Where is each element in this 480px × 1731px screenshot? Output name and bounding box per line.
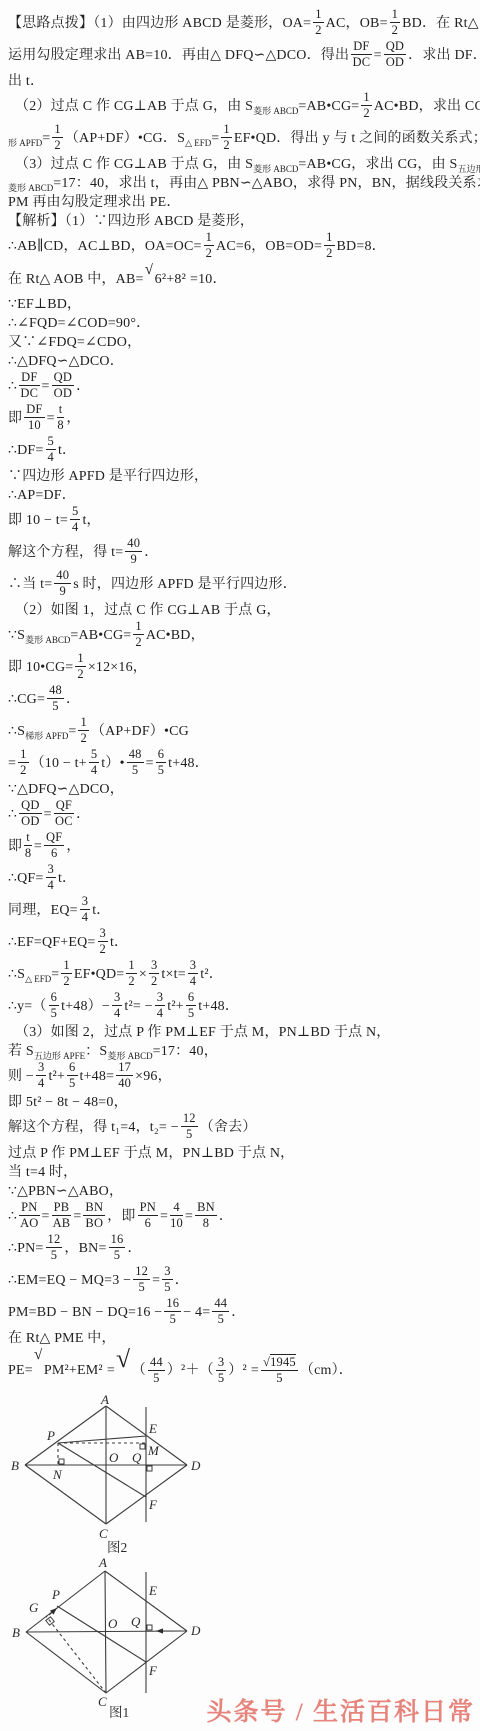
- math-text: ∵△DFQ∽△DCO，: [8, 782, 124, 797]
- subscript: 五边形 APFE: [34, 1051, 85, 1061]
- math-text: ∴∠FQD=∠COD=90°．: [8, 316, 150, 331]
- math-line-13: ∴∠FQD=∠COD=90°．: [8, 314, 480, 333]
- fraction: 54: [70, 505, 80, 534]
- math-line-39: 若 S五边形 APFE：S菱形 ABCD=17：40，: [8, 1042, 480, 1061]
- fraction: 12: [313, 8, 323, 37]
- math-text: =17：40，: [153, 1044, 218, 1059]
- math-text: ∴DF=: [8, 443, 44, 458]
- math-line-6: （3）过点 C 作 CG⊥AB 于点 G，由 S菱形 ABCD=AB•CG，求出…: [8, 155, 480, 174]
- math-text: t²= −: [124, 999, 152, 1014]
- math-text: AC=6，OB=OD=: [216, 239, 322, 254]
- figure-line: [25, 1406, 106, 1465]
- math-text: =: [42, 379, 50, 394]
- math-line-30: ∵△DFQ∽△DCO，: [8, 780, 480, 799]
- math-text: 当 t=4 时，: [8, 1165, 77, 1180]
- subscript: 菱形 ABCD: [253, 106, 298, 116]
- math-text: ．: [76, 807, 90, 822]
- math-text: t²．: [200, 967, 223, 982]
- fraction: 34: [112, 991, 122, 1020]
- math-line-48: ∴EM=EQ − MQ=3 −125=35．: [8, 1265, 480, 1297]
- math-line-25: ∵S菱形 ABCD=AB•CG=12AC•BD，: [8, 620, 480, 652]
- fraction: 409: [54, 569, 71, 598]
- math-line-20: ∴AP=DF．: [8, 486, 480, 505]
- math-text: 出 t．: [8, 74, 44, 89]
- fraction: QDOD: [384, 40, 406, 69]
- fraction: 65: [156, 748, 166, 777]
- math-text: 即: [8, 839, 22, 854]
- math-text: PM²+EM²: [44, 1349, 103, 1392]
- math-text: =: [8, 756, 16, 771]
- fraction: PNAO: [19, 1201, 39, 1230]
- math-text: 解这个方程，得 t=: [8, 545, 123, 560]
- fraction: 165: [164, 1297, 181, 1326]
- math-text: ．: [127, 1241, 141, 1256]
- right-angle-marker: [147, 1625, 152, 1630]
- math-line-9: 【解析】（1）∵四边形 ABCD 是菱形，: [8, 212, 480, 231]
- math-line-24: （2）如图 1，过点 C 作 CG⊥AB 于点 G，: [8, 601, 480, 620]
- math-text: ∴QF=: [8, 871, 44, 886]
- fraction: 165: [109, 1233, 126, 1262]
- math-text: 解这个方程，得 t₁=4，t₂= −: [8, 1120, 179, 1135]
- fraction: 32: [149, 959, 159, 988]
- fraction: t8: [57, 403, 65, 432]
- math-line-50: 在 Rt△ PME 中，: [8, 1329, 480, 1348]
- math-text: 运用勾股定理求出 AB=10．再由△ DFQ∽△DCO．得出: [8, 48, 349, 63]
- math-text: （cm）．: [300, 1363, 353, 1378]
- fraction: 54: [46, 435, 56, 464]
- math-text: ，即: [107, 1209, 135, 1224]
- fraction: DF10: [24, 403, 44, 432]
- math-text: ：S: [85, 1044, 107, 1059]
- point-label-A: A: [98, 1555, 107, 1570]
- math-text: =: [73, 1209, 81, 1224]
- point-label-B: B: [11, 1458, 19, 1473]
- subscript: △ EFD: [185, 138, 211, 148]
- math-text: （AP+DF）•CG．S: [65, 131, 185, 146]
- math-text: =10．: [190, 272, 227, 287]
- math-text: ．: [219, 1209, 233, 1224]
- right-angle-marker: [59, 1459, 64, 1464]
- math-text: =17：40，求出 t，再由△ PBN∽△ABO，求得 PN，BN，据线段关系求…: [53, 176, 480, 191]
- fraction: 409: [125, 537, 142, 566]
- math-text: t+48）−: [61, 999, 110, 1014]
- math-line-23: ∴当 t=409s 时，四边形 APFD 是平行四边形．: [8, 569, 480, 601]
- point-label-O: O: [108, 1616, 118, 1631]
- math-text: ∴PN=: [8, 1241, 44, 1256]
- geometry-figure-图2: APEMOQBNDFC图2: [10, 1392, 240, 1554]
- math-text: ，: [66, 411, 80, 426]
- math-text: （2）过点 C 作 CG⊥AB 于点 G，由 S: [15, 99, 253, 114]
- math-text: 若 S: [8, 1044, 34, 1059]
- math-text: AC•BD，求出 CG．据 S: [374, 99, 480, 114]
- fraction: 65: [67, 1061, 77, 1090]
- fraction: 485: [127, 748, 144, 777]
- math-line-29: =12（10 − t+54t）•485=65t+48．: [8, 748, 480, 780]
- math-text: PM 再由勾股定理求出 PE．: [8, 195, 181, 210]
- fraction: 410: [170, 1201, 183, 1230]
- math-text: t×t=: [161, 967, 185, 982]
- math-text: （10 − t+: [31, 756, 87, 771]
- math-text: t）•: [101, 756, 124, 771]
- fraction: 34: [36, 1061, 46, 1090]
- fraction: 12: [126, 959, 136, 988]
- math-text: 则 −: [8, 1069, 34, 1084]
- point-label-E: E: [148, 1583, 157, 1598]
- math-text: AC，OB=: [326, 16, 388, 31]
- fraction: 12: [390, 8, 400, 37]
- math-line-42: 解这个方程，得 t₁=4，t₂= −125（舍去）: [8, 1112, 480, 1144]
- math-line-45: ∵△PBN∽△ABO，: [8, 1182, 480, 1201]
- math-text: t+48．: [168, 756, 209, 771]
- math-text: ∴AP=DF．: [8, 488, 76, 503]
- math-line-3: 出 t．: [8, 72, 480, 91]
- fraction: 35: [216, 1356, 226, 1385]
- math-text: ，: [66, 839, 80, 854]
- math-line-43: 过点 P 作 PM⊥EF 于点 M，PN⊥BD 于点 N，: [8, 1144, 480, 1163]
- math-line-28: ∴S梯形 APFD=12（AP+DF）•CG: [8, 716, 480, 748]
- point-label-P: P: [51, 1587, 60, 1602]
- math-text: ．: [76, 379, 90, 394]
- point-label-M: M: [147, 1443, 160, 1458]
- math-text: − 4=: [183, 1305, 210, 1320]
- math-text: t．: [58, 871, 76, 886]
- math-text: =: [34, 839, 42, 854]
- math-text: ．: [231, 1305, 245, 1320]
- math-text: （3）如图 2，过点 P 作 PM⊥EF 于点 M，PN⊥BD 于点 N，: [15, 1025, 390, 1040]
- square-root: √6²+8²: [145, 263, 189, 295]
- math-text: ∴: [8, 1209, 17, 1224]
- subscript: 五边形 APFE: [458, 164, 480, 174]
- figure-line: [25, 1465, 106, 1524]
- math-text: =: [374, 48, 382, 63]
- math-text: s 时，四边形 APFD 是平行四边形．: [73, 577, 297, 592]
- math-text: t+48．: [198, 999, 239, 1014]
- fraction: 34: [188, 959, 198, 988]
- math-text: =: [68, 724, 76, 739]
- math-text: ∴S: [8, 967, 25, 982]
- square-root: √（445）²＋（35）²: [116, 1348, 250, 1392]
- math-text: =: [42, 131, 50, 146]
- fraction: 12: [204, 231, 214, 260]
- fraction: 12: [324, 231, 334, 260]
- math-text: ）²: [228, 1349, 247, 1392]
- fraction: 12: [221, 123, 231, 152]
- math-line-17: 即DF10=t8，: [8, 403, 480, 435]
- math-line-11: 在 Rt△ AOB 中，AB=√6²+8²=10．: [8, 263, 480, 295]
- math-line-22: 解这个方程，得 t=409．: [8, 537, 480, 569]
- arrowhead: [156, 1628, 163, 1633]
- fraction: √19455: [261, 1356, 298, 1385]
- fraction: 12: [361, 91, 371, 120]
- geometry-figure-图1: APGEOQBDFC图1: [10, 1554, 240, 1719]
- math-text: ×96，: [135, 1069, 172, 1084]
- point-label-C: C: [99, 1526, 108, 1541]
- math-text: t²+: [48, 1069, 65, 1084]
- fraction: 32: [98, 927, 108, 956]
- scanned-math-solution-page: 【思路点拨】（1）由四边形 ABCD 是菱形，OA=12AC，OB=12BD．在…: [0, 0, 480, 1731]
- math-line-35: ∴EF=QF+EQ=32t．: [8, 927, 480, 959]
- subscript: 梯形 APFD: [25, 731, 68, 741]
- math-line-19: ∵四边形 APFD 是平行四边形，: [8, 467, 480, 486]
- math-line-4: （2）过点 C 作 CG⊥AB 于点 G，由 S菱形 ABCD=AB•CG=12…: [8, 91, 480, 123]
- math-text: =: [185, 1209, 193, 1224]
- math-line-46: ∴PNAO=PBAB=BNBO，即PN6=410=BN8．: [8, 1201, 480, 1233]
- math-text: 即 5t² − 8t − 48=0，: [8, 1095, 128, 1110]
- math-line-44: 当 t=4 时，: [8, 1163, 480, 1182]
- fraction: 12: [52, 123, 62, 152]
- point-label-G: G: [29, 1600, 39, 1615]
- math-text: ∴y=（: [8, 999, 47, 1014]
- math-text: （舍去）: [200, 1120, 257, 1135]
- subscript: 菱形 ABCD: [107, 1051, 152, 1061]
- math-line-14: 又∵∠FDQ=∠CDO，: [8, 333, 480, 352]
- figure-line: [58, 1436, 146, 1443]
- point-label-A: A: [100, 1392, 109, 1407]
- math-line-15: ∴△DFQ∽△DCO．: [8, 352, 480, 371]
- math-text: ∴AB∥CD，AC⊥BD，OA=OC=: [8, 239, 202, 254]
- math-text: ∵四边形 APFD 是平行四边形，: [8, 469, 208, 484]
- point-label-Q: Q: [132, 1450, 142, 1465]
- fraction: 485: [47, 684, 64, 713]
- math-line-51: PE=√PM²+EM²=√（445）²＋（35）²=√19455（cm）．: [8, 1348, 480, 1392]
- math-text: BD=8．: [337, 239, 386, 254]
- fraction: DFDC: [19, 371, 39, 400]
- math-line-12: ∵EF⊥BD，: [8, 295, 480, 314]
- fraction: 12: [75, 652, 85, 681]
- math-text: AC•BD，: [146, 628, 205, 643]
- fraction: QF6: [44, 831, 64, 860]
- math-line-8: PM 再由勾股定理求出 PE．: [8, 193, 480, 212]
- point-label-F: F: [148, 1663, 158, 1678]
- math-text: ．求出 DF．由 AP=DF．求: [408, 48, 480, 63]
- fraction: 445: [148, 1356, 165, 1385]
- math-text: PE=: [8, 1363, 33, 1378]
- fraction: DFDC: [351, 40, 371, 69]
- math-line-26: 即 10•CG=12×12×16，: [8, 652, 480, 684]
- math-text: ∴CG=: [8, 692, 45, 707]
- math-line-47: ∴PN=125，BN=165．: [8, 1233, 480, 1265]
- point-label-E: E: [148, 1421, 157, 1436]
- point-label-C: C: [98, 1694, 107, 1709]
- math-text: t．: [58, 443, 76, 458]
- math-text: ．: [144, 545, 158, 560]
- math-line-33: ∴QF=34t．: [8, 863, 480, 895]
- fraction: 35: [162, 1265, 172, 1294]
- fraction: BN8: [195, 1201, 217, 1230]
- math-text: =: [51, 967, 59, 982]
- math-text: （: [132, 1349, 146, 1392]
- fraction: 65: [49, 991, 59, 1020]
- fraction: QDOD: [52, 371, 74, 400]
- math-line-40: 则 −34t²+65t+48=1740×96，: [8, 1061, 480, 1093]
- math-text: 即: [8, 411, 22, 426]
- math-line-34: 同理，EQ=34t．: [8, 895, 480, 927]
- subscript: △ EFD: [25, 974, 51, 984]
- fraction: 12: [61, 959, 71, 988]
- math-text: =: [211, 131, 219, 146]
- math-text: ∵S: [8, 628, 25, 643]
- math-text: ）²＋（: [167, 1349, 214, 1392]
- math-text: =: [44, 807, 52, 822]
- math-text: ∴S: [8, 724, 25, 739]
- point-label-D: D: [190, 1623, 201, 1638]
- math-text: t²+: [167, 999, 184, 1014]
- math-text: EF•QD=: [74, 967, 125, 982]
- math-line-16: ∴DFDC=QDOD．: [8, 371, 480, 403]
- fraction: QFOC: [54, 799, 74, 828]
- math-text: t+48=: [80, 1069, 115, 1084]
- math-text: ∴EM=EQ − MQ=3 −: [8, 1273, 131, 1288]
- math-text: ∴: [8, 807, 17, 822]
- math-text: 同理，EQ=: [8, 903, 78, 918]
- point-label-F: F: [148, 1497, 158, 1512]
- math-text: =: [146, 756, 154, 771]
- math-text: 在 Rt△ AOB 中，AB=: [8, 272, 144, 287]
- math-text: ，BN=: [64, 1241, 106, 1256]
- math-line-37: ∴y=（65t+48）−34t²= −34t²+65t+48．: [8, 991, 480, 1023]
- math-line-21: 即 10 − t=54t，: [8, 505, 480, 537]
- math-text: ．: [175, 1273, 189, 1288]
- math-line-49: PM=BD − BN − DQ=16 −165− 4=445．: [8, 1297, 480, 1329]
- math-text: =AB•CG=: [70, 628, 131, 643]
- document-body: 【思路点拨】（1）由四边形 ABCD 是菱形，OA=12AC，OB=12BD．在…: [0, 0, 480, 1392]
- math-text: 【解析】（1）∵四边形 ABCD 是菱形，: [8, 214, 254, 229]
- math-text: （AP+DF）•CG: [91, 724, 189, 739]
- right-angle-marker: [140, 1444, 145, 1449]
- point-label-Q: Q: [131, 1614, 141, 1629]
- math-text: t，: [82, 513, 100, 528]
- point-label-D: D: [190, 1458, 201, 1473]
- math-line-27: ∴CG=485．: [8, 684, 480, 716]
- math-text: 又∵∠FDQ=∠CDO，: [8, 335, 141, 350]
- fraction: BNBO: [83, 1201, 105, 1230]
- point-label-O: O: [109, 1450, 119, 1465]
- math-text: =: [47, 411, 55, 426]
- math-text: ×12×16，: [88, 660, 147, 675]
- math-text: BD．在 Rt△ AOB 中，: [402, 16, 480, 31]
- math-text: ×: [139, 967, 147, 982]
- math-text: PM=BD − BN − DQ=16 −: [8, 1305, 162, 1320]
- math-text: t．: [110, 935, 128, 950]
- math-text: 即 10•CG=: [8, 660, 73, 675]
- fraction: 125: [46, 1233, 63, 1262]
- point-label-P: P: [46, 1428, 55, 1443]
- math-text: ∵△PBN∽△ABO，: [8, 1184, 123, 1199]
- watermark: 头条号 / 生活百科日常: [207, 1692, 475, 1728]
- point-label-N: N: [52, 1467, 63, 1482]
- fraction: 125: [181, 1112, 198, 1141]
- math-text: （3）过点 C 作 CG⊥AB 于点 G，由 S: [15, 157, 253, 172]
- fraction: 12: [78, 716, 88, 745]
- fraction: 12: [18, 748, 28, 777]
- math-text: ．: [66, 692, 80, 707]
- right-angle-marker: [147, 1466, 152, 1471]
- fraction: 54: [89, 748, 99, 777]
- math-text: ∴△DFQ∽△DCO．: [8, 354, 124, 369]
- subscript: 菱形 ABCD: [8, 183, 53, 193]
- figure-caption: 图1: [109, 1705, 129, 1719]
- math-text: ∴EF=QF+EQ=: [8, 935, 96, 950]
- fraction: 125: [133, 1265, 150, 1294]
- math-text: 即 10 − t=: [8, 513, 68, 528]
- subscript: 形 APFD: [8, 138, 42, 148]
- math-text: EF•QD．得出 y 与 t 之间的函数关系式；: [234, 131, 480, 146]
- math-line-32: 即t8=QF6，: [8, 831, 480, 863]
- figures-area: APEMOQBNDFC图2APGEOQBDFC图1: [0, 1392, 480, 1719]
- fraction: PBAB: [52, 1201, 72, 1230]
- fraction: 34: [46, 863, 56, 892]
- math-text: ∴当 t=: [8, 577, 52, 592]
- fraction: 34: [80, 895, 90, 924]
- figure-caption: 图2: [107, 1540, 127, 1554]
- math-text: =AB•CG，求出 CG，由 S: [298, 157, 457, 172]
- fraction: t8: [24, 831, 32, 860]
- fraction: 445: [212, 1297, 229, 1326]
- math-text: t．: [92, 903, 110, 918]
- math-text: 在 Rt△ PME 中，: [8, 1331, 116, 1346]
- math-text: =AB•CG=: [298, 99, 359, 114]
- math-line-18: ∴DF=54t．: [8, 435, 480, 467]
- math-text: =: [251, 1363, 259, 1378]
- square-root: √PM²+EM²: [34, 1348, 106, 1392]
- math-line-1: 【思路点拨】（1）由四边形 ABCD 是菱形，OA=12AC，OB=12BD．在…: [8, 8, 480, 40]
- math-text: ∴: [8, 379, 17, 394]
- fraction: 34: [155, 991, 165, 1020]
- math-text: =: [107, 1363, 115, 1378]
- math-text: 【思路点拨】（1）由四边形 ABCD 是菱形，OA=: [8, 16, 311, 31]
- fraction: 65: [186, 991, 196, 1020]
- math-line-10: ∴AB∥CD，AC⊥BD，OA=OC=12AC=6，OB=OD=12BD=8．: [8, 231, 480, 263]
- math-line-38: （3）如图 2，过点 P 作 PM⊥EF 于点 M，PN⊥BD 于点 N，: [8, 1023, 480, 1042]
- math-line-31: ∴QDOD=QFOC．: [8, 799, 480, 831]
- fraction: QDOD: [19, 799, 41, 828]
- math-text: 过点 P 作 PM⊥EF 于点 M，PN⊥BD 于点 N，: [8, 1146, 294, 1161]
- math-line-7: 菱形 ABCD=17：40，求出 t，再由△ PBN∽△ABO，求得 PN，BN…: [8, 174, 480, 193]
- math-line-2: 运用勾股定理求出 AB=10．再由△ DFQ∽△DCO．得出DFDC=QDOD．…: [8, 40, 480, 72]
- math-text: 6²+8²: [155, 264, 186, 295]
- fraction: PN6: [138, 1201, 158, 1230]
- point-label-B: B: [12, 1625, 20, 1640]
- fraction: 12: [133, 620, 143, 649]
- math-text: =: [42, 1209, 50, 1224]
- math-line-41: 即 5t² − 8t − 48=0，: [8, 1093, 480, 1112]
- math-line-36: ∴S△ EFD=12EF•QD=12×32t×t=34t²．: [8, 959, 480, 991]
- math-line-5: 形 APFD=12（AP+DF）•CG．S△ EFD=12EF•QD．得出 y …: [8, 123, 480, 155]
- math-text: ∵EF⊥BD，: [8, 297, 81, 312]
- radicand: 1945: [270, 1354, 296, 1369]
- math-text: =: [160, 1209, 168, 1224]
- figure-line: [26, 1632, 106, 1693]
- subscript: 菱形 ABCD: [253, 164, 298, 174]
- subscript: 菱形 ABCD: [25, 635, 70, 645]
- math-text: （2）如图 1，过点 C 作 CG⊥AB 于点 G，: [15, 603, 281, 618]
- math-text: =: [152, 1273, 160, 1288]
- fraction: 1740: [116, 1061, 133, 1090]
